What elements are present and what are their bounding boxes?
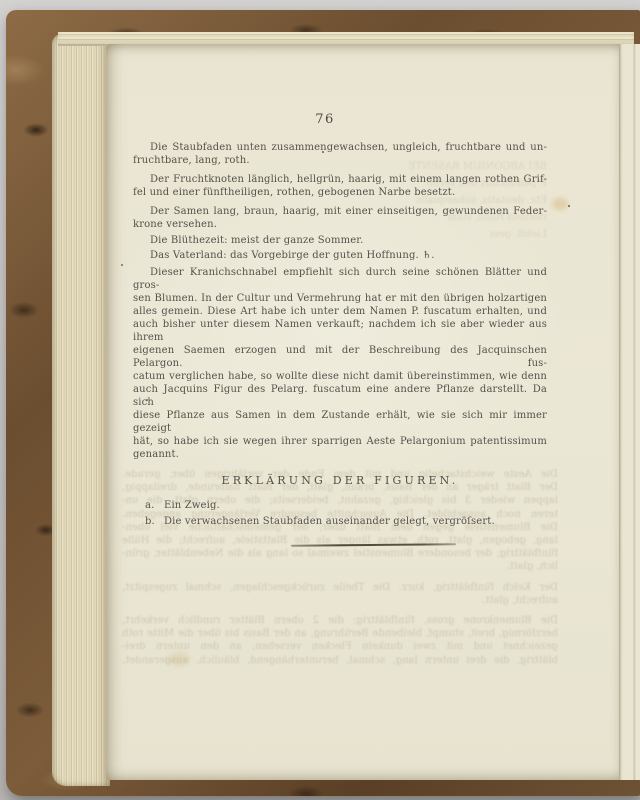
text-line: krone versehen. (133, 218, 547, 231)
text-line: Der Samen lang, braun, haarig, mit einer… (133, 205, 547, 218)
text-line: alles gemein. Diese Art habe ich unter d… (133, 305, 547, 318)
figure-item: b.Die verwachsenen Staubfaden auseinande… (133, 515, 547, 528)
figure-item: a.Ein Zweig. (133, 499, 547, 512)
bleedthrough-line: herzförmig, breit, stumpf, bleibende Ber… (122, 627, 558, 640)
figures-heading: ERKLÄRUNG DER FIGUREN. (133, 474, 547, 487)
bleedthrough-line: Die Blumenkrone gross, fünfblättrig; die… (122, 614, 558, 627)
text-line: sen Blumen. In der Cultur und Vermehrung… (133, 292, 547, 305)
paragraph: Die Blüthezeit: meist der ganze Sommer. (133, 234, 547, 247)
text-line: Das Vaterland: das Vorgebirge der guten … (133, 249, 547, 262)
bleedthrough-line: fünfblättrig; der besondere Blumenstiel … (122, 547, 558, 560)
paragraph: Der Fruchtknoten länglich, hellgrün, haa… (133, 173, 547, 199)
ink-speck (322, 151, 324, 153)
bleedthrough-gap (122, 574, 558, 581)
text-line: auch bisher unter diesem Namen verkauft;… (133, 318, 547, 344)
text-line: catum verglichen habe, so wollte diese n… (133, 370, 547, 383)
ink-speck (121, 264, 123, 266)
paragraph: Der Samen lang, braun, haarig, mit einer… (133, 205, 547, 231)
figure-label: a. (145, 499, 155, 512)
text-line: eigenen Saemen erzogen und mit der Besch… (133, 344, 547, 370)
text-line: auch Jacquins Figur des Pelarg. fuscatum… (133, 383, 547, 409)
paragraph: Dieser Kranichschnabel empfiehlt sich du… (133, 266, 547, 461)
text-line: genannt. (133, 448, 547, 461)
bleedthrough-line: lich, glatt. (122, 560, 558, 573)
figures-list: a.Ein Zweig.b.Die verwachsenen Staubfade… (133, 499, 547, 528)
text-line: Der Fruchtknoten länglich, hellgrün, haa… (133, 173, 547, 186)
text-line: Die Staubfaden unten zusammengewachsen, … (133, 141, 547, 154)
bleedthrough-line: Der Kelch fünfblättrig, kurz. Die Theile… (122, 581, 558, 594)
bleedthrough-gap (122, 607, 558, 614)
adjacent-page-edge (619, 44, 640, 780)
figure-label: b. (145, 515, 155, 528)
paragraph: Die Staubfaden unten zusammengewachsen, … (133, 141, 547, 167)
text-line: fruchtbare, lang, roth. (133, 154, 547, 167)
paragraphs: Die Staubfaden unten zusammengewachsen, … (133, 141, 547, 461)
page-stain (168, 652, 190, 666)
ink-speck (146, 399, 148, 401)
photo-background: { "palette": { "background": "#c9c7c5", … (0, 0, 640, 800)
body-text: Die Staubfaden unten zusammengewachsen, … (133, 141, 547, 531)
text-line: diese Pflanze aus Samen in dem Zustande … (133, 409, 547, 435)
paragraph: Das Vaterland: das Vorgebirge der guten … (133, 249, 547, 262)
ink-speck (568, 205, 570, 207)
figure-text: Die verwachsenen Staubfaden auseinander … (164, 515, 495, 528)
text-line: fel und einer fünftheiligen, rothen, geb… (133, 186, 547, 199)
page-number: 76 (133, 112, 517, 127)
text-line: Dieser Kranichschnabel empfiehlt sich du… (133, 266, 547, 292)
figure-text: Ein Zweig. (164, 499, 220, 512)
bleedthrough-line: gezeichnet und mit zwei dunkeln Flecken … (122, 640, 558, 653)
text-line: hät, so habe ich sie wegen ihrer sparrig… (133, 435, 547, 448)
page-edges-left (52, 34, 110, 786)
bleedthrough-line: aufrecht, glatt. (122, 594, 558, 607)
page-stain (552, 198, 568, 210)
text-line: Die Blüthezeit: meist der ganze Sommer. (133, 234, 547, 247)
